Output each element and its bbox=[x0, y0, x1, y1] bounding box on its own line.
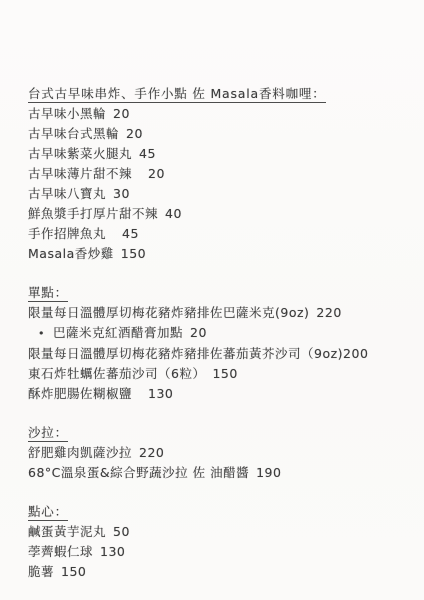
section-heading: 點心： bbox=[28, 502, 420, 522]
menu-item: 68°C溫泉蛋&綜合野蔬沙拉 佐 油醋醬190 bbox=[28, 463, 420, 483]
item-name: 古早味八寶丸 bbox=[28, 186, 106, 201]
item-name: 手作招牌魚丸 bbox=[28, 226, 106, 241]
menu-item: 古早味台式黑輪20 bbox=[28, 124, 420, 144]
menu-item: •巴薩米克紅酒醋膏加點20 bbox=[28, 323, 420, 344]
menu-item: 鹹蛋黃芋泥丸50 bbox=[28, 522, 420, 542]
item-price: 40 bbox=[165, 206, 182, 221]
menu-item: 古早味八寶丸30 bbox=[28, 184, 420, 204]
item-name: 古早味紫菜火腿丸 bbox=[28, 146, 132, 161]
item-name: 脆薯 bbox=[28, 564, 54, 579]
menu-item: 古早味薄片甜不辣20 bbox=[28, 164, 420, 184]
item-name: 巴薩米克紅酒醋膏加點 bbox=[53, 325, 183, 340]
section-heading: 單點： bbox=[28, 283, 420, 303]
item-price: 45 bbox=[122, 226, 139, 241]
menu-section: 台式古早味串炸、手作小點 佐 Masala香料咖哩： 古早味小黑輪20 古早味台… bbox=[28, 84, 420, 264]
item-price: 45 bbox=[139, 146, 156, 161]
item-name: 東石炸牡蠣佐蕃茄沙司（6粒） bbox=[28, 366, 205, 381]
menu-item: 手作招牌魚丸45 bbox=[28, 224, 420, 244]
item-name: 古早味薄片甜不辣 bbox=[28, 166, 132, 181]
item-name: 荸薺蝦仁球 bbox=[28, 544, 93, 559]
item-price: 50 bbox=[113, 524, 130, 539]
item-price: 130 bbox=[100, 544, 125, 559]
item-name: 限量每日溫體厚切梅花豬炸豬排佐蕃茄黃芥沙司（9oz) bbox=[28, 346, 343, 361]
menu-items: 古早味小黑輪20 古早味台式黑輪20 古早味紫菜火腿丸45 古早味薄片甜不辣20… bbox=[28, 104, 420, 264]
item-price: 220 bbox=[316, 305, 341, 320]
menu-item: 鮮魚漿手打厚片甜不辣40 bbox=[28, 204, 420, 224]
menu-item: 古早味小黑輪20 bbox=[28, 104, 420, 124]
item-name: 鮮魚漿手打厚片甜不辣 bbox=[28, 206, 158, 221]
item-price: 20 bbox=[148, 166, 165, 181]
menu-list: 台式古早味串炸、手作小點 佐 Masala香料咖哩： 古早味小黑輪20 古早味台… bbox=[0, 0, 424, 582]
item-price: 20 bbox=[190, 325, 207, 340]
item-price: 200 bbox=[343, 346, 368, 361]
section-heading: 台式古早味串炸、手作小點 佐 Masala香料咖哩： bbox=[28, 84, 420, 104]
item-price: 150 bbox=[61, 564, 86, 579]
item-price: 20 bbox=[113, 106, 130, 121]
menu-item: 限量每日溫體厚切梅花豬炸豬排佐蕃茄黃芥沙司（9oz)200 bbox=[28, 344, 420, 364]
item-name: 酥炸肥腸佐糊椒鹽 bbox=[28, 386, 132, 401]
item-price: 190 bbox=[256, 465, 281, 480]
menu-item: 脆薯150 bbox=[28, 562, 420, 582]
menu-section: 單點： 限量每日溫體厚切梅花豬炸豬排佐巴薩米克(9oz)220 •巴薩米克紅酒醋… bbox=[28, 283, 420, 404]
menu-section: 沙拉： 舒肥雞肉凱薩沙拉220 68°C溫泉蛋&綜合野蔬沙拉 佐 油醋醬190 bbox=[28, 423, 420, 483]
section-heading-text: 台式古早味串炸、手作小點 佐 Masala香料咖哩： bbox=[28, 86, 326, 103]
item-price: 130 bbox=[148, 386, 173, 401]
item-price: 30 bbox=[113, 186, 130, 201]
item-name: 限量每日溫體厚切梅花豬炸豬排佐巴薩米克(9oz) bbox=[28, 305, 309, 320]
menu-items: 舒肥雞肉凱薩沙拉220 68°C溫泉蛋&綜合野蔬沙拉 佐 油醋醬190 bbox=[28, 443, 420, 483]
item-name: 68°C溫泉蛋&綜合野蔬沙拉 佐 油醋醬 bbox=[28, 465, 249, 480]
item-price: 220 bbox=[139, 445, 164, 460]
menu-items: 限量每日溫體厚切梅花豬炸豬排佐巴薩米克(9oz)220 •巴薩米克紅酒醋膏加點2… bbox=[28, 303, 420, 404]
section-heading: 沙拉： bbox=[28, 423, 420, 443]
section-heading-text: 單點： bbox=[28, 285, 68, 302]
menu-page: 台式古早味串炸、手作小點 佐 Masala香料咖哩： 古早味小黑輪20 古早味台… bbox=[0, 0, 424, 600]
item-price: 150 bbox=[212, 366, 237, 381]
menu-item: 荸薺蝦仁球130 bbox=[28, 542, 420, 562]
menu-item: Masala香炒雞150 bbox=[28, 244, 420, 264]
item-name: Masala香炒雞 bbox=[28, 246, 114, 261]
menu-section: 點心： 鹹蛋黃芋泥丸50 荸薺蝦仁球130 脆薯150 bbox=[28, 502, 420, 582]
item-name: 鹹蛋黃芋泥丸 bbox=[28, 524, 106, 539]
menu-item: 限量每日溫體厚切梅花豬炸豬排佐巴薩米克(9oz)220 bbox=[28, 303, 420, 323]
item-name: 舒肥雞肉凱薩沙拉 bbox=[28, 445, 132, 460]
item-price: 150 bbox=[121, 246, 146, 261]
menu-item: 舒肥雞肉凱薩沙拉220 bbox=[28, 443, 420, 463]
item-price: 20 bbox=[126, 126, 143, 141]
bullet-icon: • bbox=[38, 324, 45, 344]
menu-items: 鹹蛋黃芋泥丸50 荸薺蝦仁球130 脆薯150 bbox=[28, 522, 420, 582]
menu-item: 古早味紫菜火腿丸45 bbox=[28, 144, 420, 164]
menu-item: 東石炸牡蠣佐蕃茄沙司（6粒）150 bbox=[28, 364, 420, 384]
section-heading-text: 沙拉： bbox=[28, 425, 68, 442]
section-heading-text: 點心： bbox=[28, 504, 68, 521]
menu-item: 酥炸肥腸佐糊椒鹽130 bbox=[28, 384, 420, 404]
item-name: 古早味台式黑輪 bbox=[28, 126, 119, 141]
item-name: 古早味小黑輪 bbox=[28, 106, 106, 121]
